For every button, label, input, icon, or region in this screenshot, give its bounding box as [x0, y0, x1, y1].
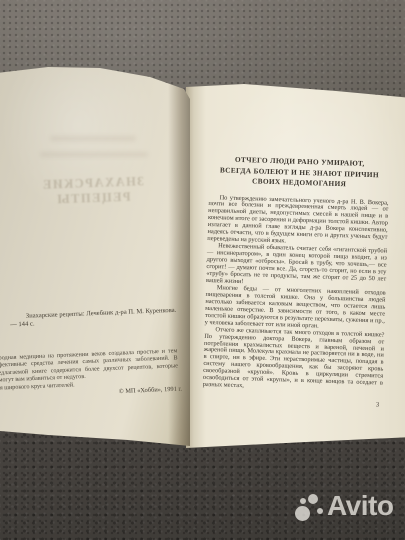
body-paragraph-3: Многие беды — от многолетних накоплений …	[205, 285, 386, 332]
ghost-text-smudge	[50, 136, 136, 141]
ghost-title-bleedthrough: ЗНАХАРСКИЕ РЕЦЕПТЫ	[18, 173, 169, 207]
chapter-body: По утверждению замечательного ученого д-…	[203, 194, 389, 394]
bibliography-entry: Знахарские рецепты: Лечебник д-ра П. М. …	[10, 307, 183, 330]
avito-logo-icon	[293, 489, 325, 523]
ghost-text-smudge	[40, 152, 148, 157]
right-page: ОТЧЕГО ЛЮДИ РАНО УМИРАЮТ, ВСЕГДА БОЛЕЮТ …	[186, 78, 405, 456]
left-page: ЗНАХАРСКИЕ РЕЦЕПТЫ Знахарские рецепты: Л…	[0, 64, 190, 446]
book-photo: ОТЧЕГО ЛЮДИ РАНО УМИРАЮТ, ВСЕГДА БОЛЕЮТ …	[0, 0, 405, 540]
body-paragraph-2: Невежественный обыватель считает себя «г…	[206, 243, 387, 290]
chapter-title: ОТЧЕГО ЛЮДИ РАНО УМИРАЮТ, ВСЕГДА БОЛЕЮТ …	[209, 154, 390, 191]
page-number: 3	[202, 396, 382, 409]
right-page-text: ОТЧЕГО ЛЮДИ РАНО УМИРАЮТ, ВСЕГДА БОЛЕЮТ …	[202, 154, 390, 409]
avito-watermark: Avito	[293, 489, 393, 523]
avito-wordmark: Avito	[327, 489, 393, 523]
body-paragraph-4: Отчего же скапливается так много отходов…	[203, 327, 385, 395]
body-paragraph-1: По утверждению замечательного ученого д-…	[207, 194, 388, 248]
